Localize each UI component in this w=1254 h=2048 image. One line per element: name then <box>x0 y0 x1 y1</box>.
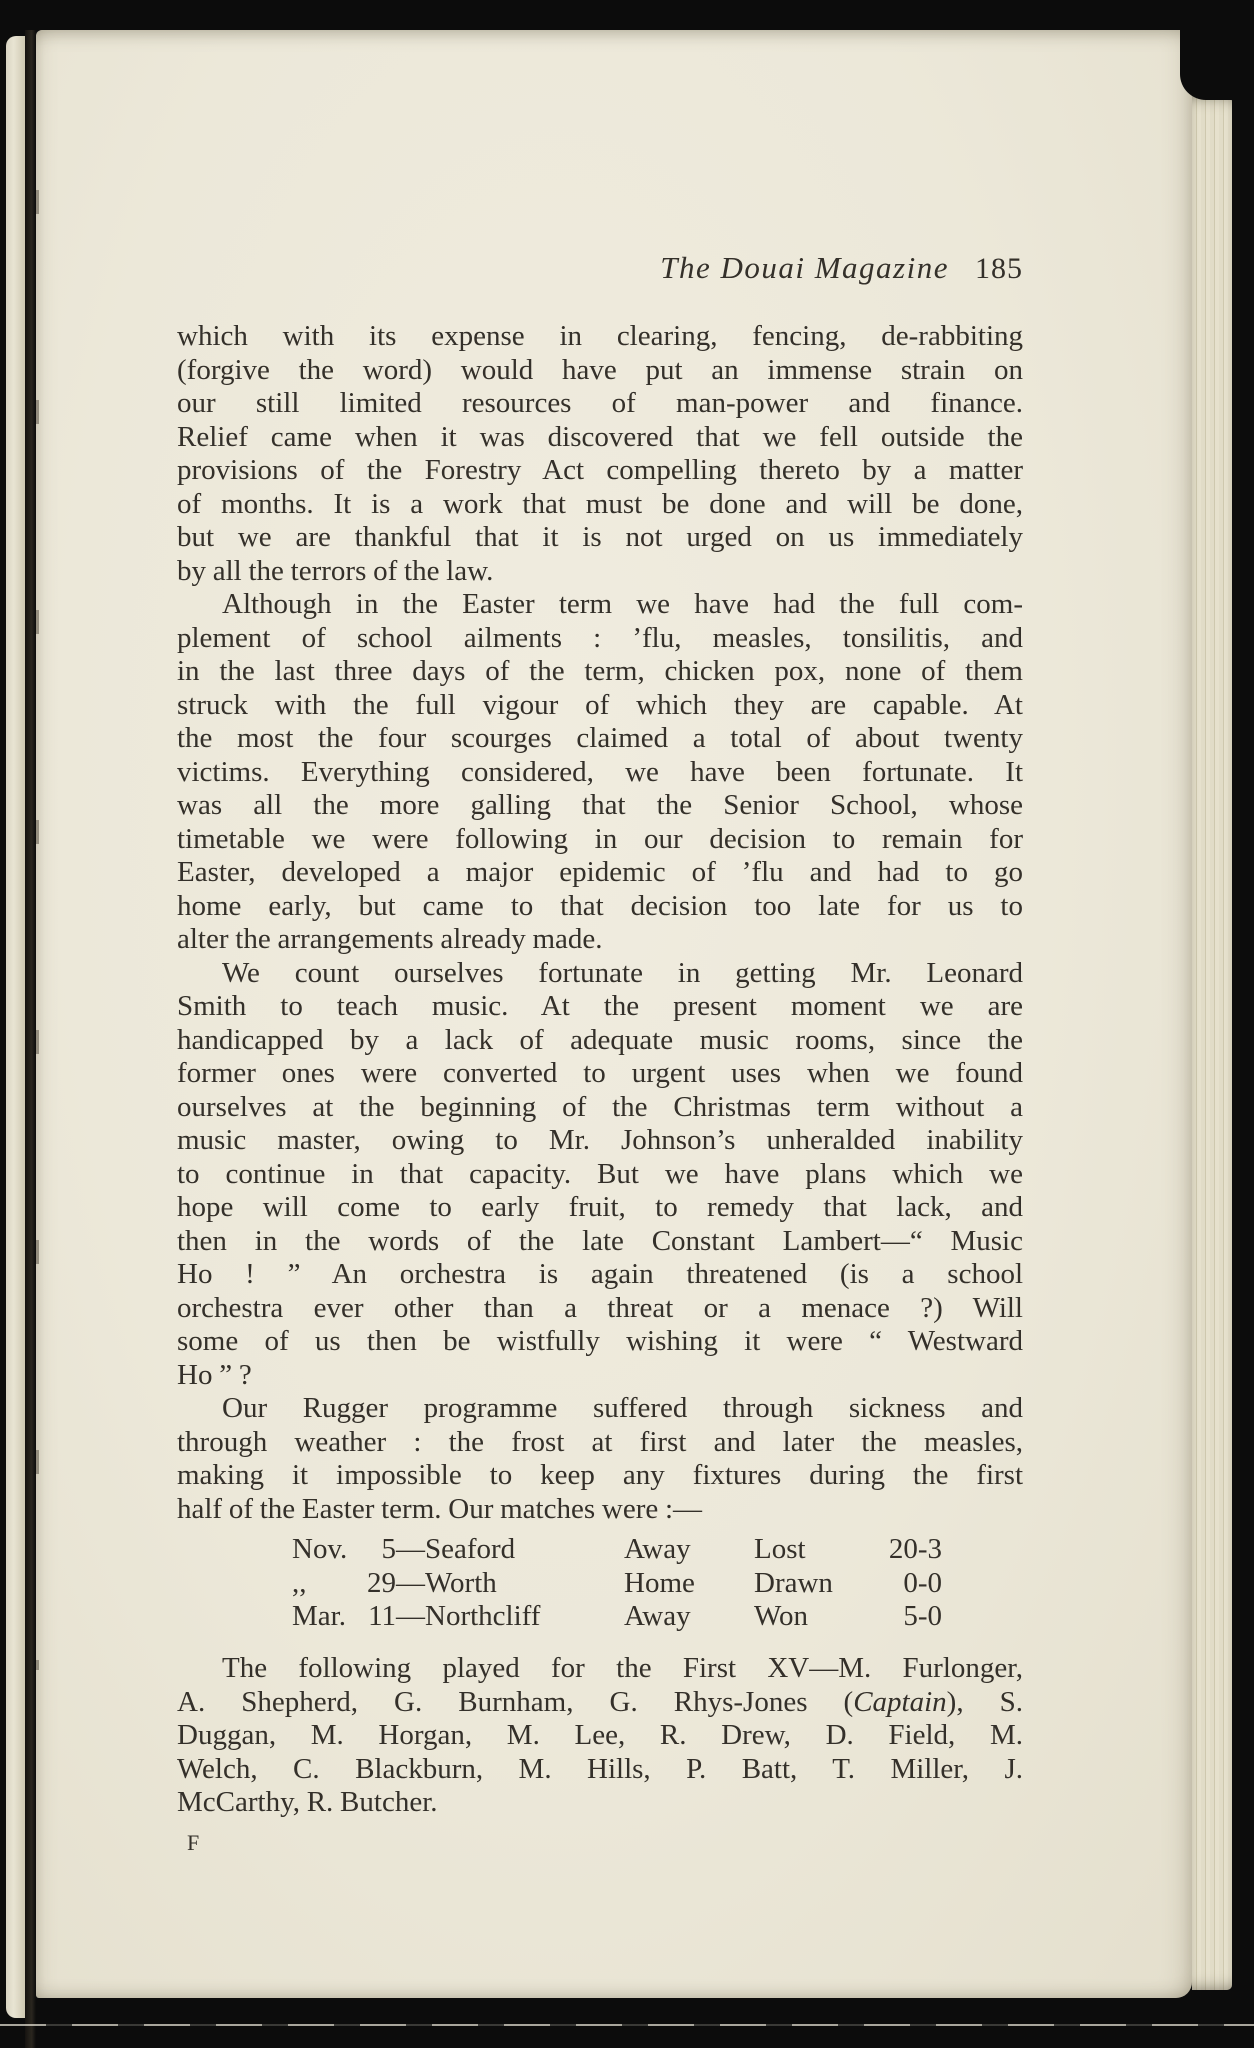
text-line: Relief came when it was discovered that … <box>177 421 1023 455</box>
text-line: by all the terrors of the law. <box>177 555 1023 589</box>
text-line: former ones were converted to urgent use… <box>177 1057 1023 1091</box>
text-line: was all the more galling that the Senior… <box>177 789 1023 823</box>
text-line: Welch, C. Blackburn, M. Hills, P. Batt, … <box>177 1753 1023 1787</box>
left-page-edge <box>6 36 25 2018</box>
magazine-page: The Douai Magazine 185 which with its ex… <box>36 30 1192 1998</box>
binding-crease <box>25 30 36 2048</box>
text-line: Ho ! ” An orchestra is again threatened … <box>177 1258 1023 1292</box>
matches-table: Nov.5—SeafordAwayLost20-3,,29—WorthHomeD… <box>292 1533 942 1634</box>
match-day: 5 <box>356 1533 396 1567</box>
text-line: Ho ” ? <box>177 1359 1023 1393</box>
text-line: Our Rugger programme suffered through si… <box>177 1392 1023 1426</box>
text-line: through weather : the frost at first and… <box>177 1426 1023 1460</box>
text-line: some of us then be wistfully wishing it … <box>177 1325 1023 1359</box>
match-score: 5-0 <box>886 1600 942 1634</box>
page-number: 185 <box>975 252 1023 286</box>
text-line: to continue in that capacity. But we hav… <box>177 1158 1023 1192</box>
body-text: which with its expense in clearing, fenc… <box>177 320 1023 1526</box>
table-row: Mar.11—NorthcliffAwayWon5-0 <box>292 1600 942 1634</box>
text-line: We count ourselves fortunate in getting … <box>177 957 1023 991</box>
text-line: home early, but came to that decision to… <box>177 890 1023 924</box>
text-line: but we are thankful that it is not urged… <box>177 521 1023 555</box>
match-venue: Away <box>624 1533 754 1567</box>
text-line: Duggan, M. Horgan, M. Lee, R. Drew, D. F… <box>177 1719 1023 1753</box>
text-line: alter the arrangements already made. <box>177 923 1023 957</box>
text-line: provisions of the Forestry Act compellin… <box>177 454 1023 488</box>
text-line: ourselves at the beginning of the Christ… <box>177 1091 1023 1125</box>
match-month: ,, <box>292 1567 356 1601</box>
book-scan: { "header": { "title": "The Douai Magazi… <box>0 0 1254 2048</box>
table-row: ,,29—WorthHomeDrawn0-0 <box>292 1567 942 1601</box>
match-opponent: —Northcliff <box>396 1600 540 1634</box>
match-result: Drawn <box>754 1567 886 1601</box>
match-day: 11 <box>356 1600 396 1634</box>
text-line: victims. Everything considered, we have … <box>177 756 1023 790</box>
text-line: in the last three days of the term, chic… <box>177 655 1023 689</box>
text-line: Smith to teach music. At the present mom… <box>177 990 1023 1024</box>
match-month: Mar. <box>292 1600 356 1634</box>
binding-marks <box>36 190 39 1670</box>
footer-signature: F <box>187 1830 200 1856</box>
text-line: The following played for the First XV—M.… <box>177 1652 1023 1686</box>
text-line: which with its expense in clearing, fenc… <box>177 320 1023 354</box>
match-result: Won <box>754 1600 886 1634</box>
text-line: orchestra ever other than a threat or a … <box>177 1292 1023 1326</box>
book-cover-corner <box>1180 0 1254 100</box>
closing-paragraph: The following played for the First XV—M.… <box>177 1652 1023 1820</box>
magazine-title: The Douai Magazine <box>660 250 949 286</box>
text-line: half of the Easter term. Our matches wer… <box>177 1493 1023 1527</box>
italic-text: Captain <box>853 1686 946 1718</box>
text-line: hope will come to early fruit, to remedy… <box>177 1191 1023 1225</box>
match-date-opponent: ,,29—Worth <box>292 1567 624 1601</box>
match-date-opponent: Mar.11—Northcliff <box>292 1600 624 1634</box>
match-result: Lost <box>754 1533 886 1567</box>
text-line: the most the four scourges claimed a tot… <box>177 722 1023 756</box>
right-page-edges <box>1192 96 1232 1990</box>
match-score: 20-3 <box>886 1533 942 1567</box>
text-line: handicapped by a lack of adequate music … <box>177 1024 1023 1058</box>
text-fragment: ), S. <box>947 1686 1023 1718</box>
text-line: our still limited resources of man-power… <box>177 387 1023 421</box>
match-opponent: —Worth <box>396 1567 497 1601</box>
text-line: Easter, developed a major epidemic of ’f… <box>177 856 1023 890</box>
text-line: Although in the Easter term we have had … <box>177 588 1023 622</box>
cover-scratch <box>0 2024 1254 2026</box>
table-row: Nov.5—SeafordAwayLost20-3 <box>292 1533 942 1567</box>
text-line: McCarthy, R. Butcher. <box>177 1786 1023 1820</box>
text-line: timetable we were following in our decis… <box>177 823 1023 857</box>
match-day: 29 <box>356 1567 396 1601</box>
text-line: struck with the full vigour of which the… <box>177 689 1023 723</box>
text-line: (forgive the word) would have put an imm… <box>177 354 1023 388</box>
match-score: 0-0 <box>886 1567 942 1601</box>
text-line: music master, owing to Mr. Johnson’s unh… <box>177 1124 1023 1158</box>
match-venue: Away <box>624 1600 754 1634</box>
text-line: making it impossible to keep any fixture… <box>177 1459 1023 1493</box>
match-date-opponent: Nov.5—Seaford <box>292 1533 624 1567</box>
match-month: Nov. <box>292 1533 356 1567</box>
text-line: A. Shepherd, G. Burnham, G. Rhys-Jones (… <box>177 1686 1023 1720</box>
text-line: of months. It is a work that must be don… <box>177 488 1023 522</box>
match-venue: Home <box>624 1567 754 1601</box>
match-opponent: —Seaford <box>396 1533 515 1567</box>
text-line: plement of school ailments : ’flu, measl… <box>177 622 1023 656</box>
page-header: The Douai Magazine 185 <box>660 250 1023 286</box>
text-line: then in the words of the late Constant L… <box>177 1225 1023 1259</box>
text-fragment: A. Shepherd, G. Burnham, G. Rhys-Jones ( <box>177 1686 853 1718</box>
